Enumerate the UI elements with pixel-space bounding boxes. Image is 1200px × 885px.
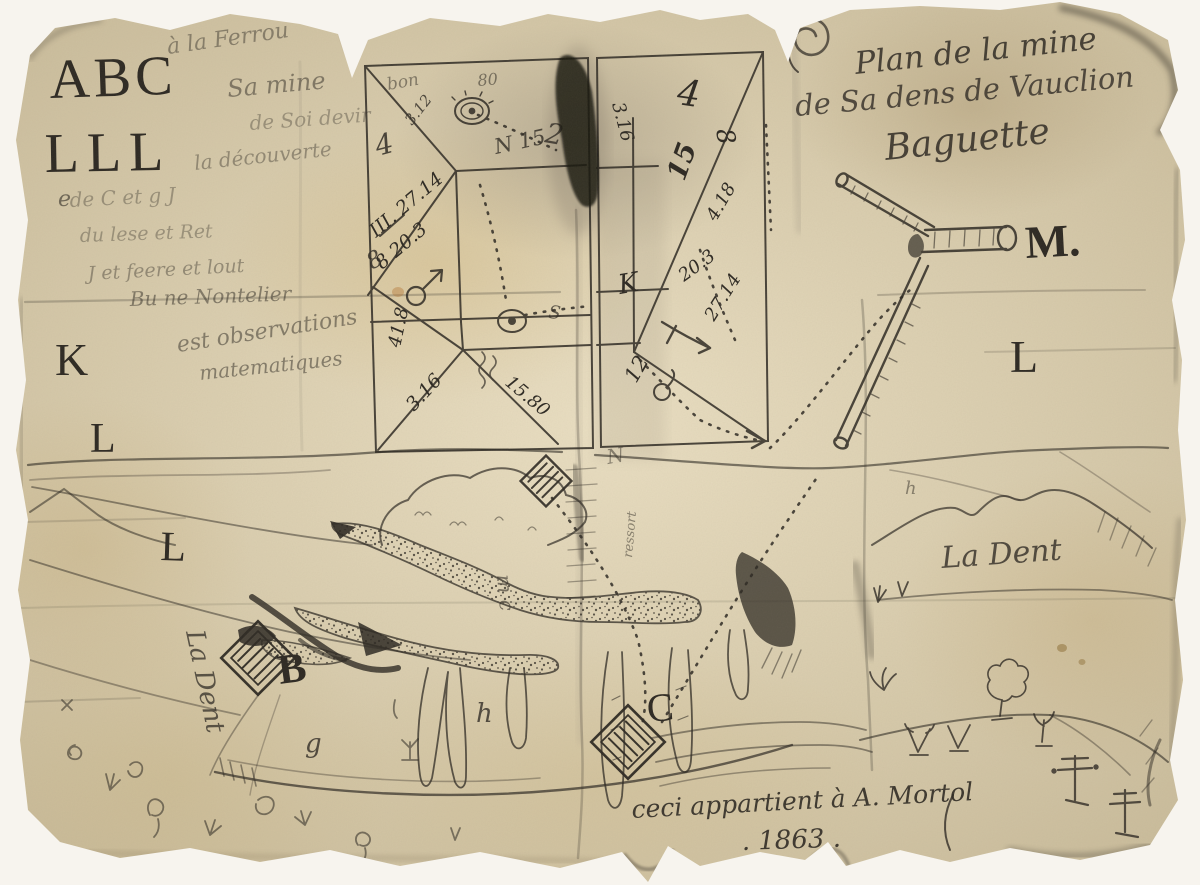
treasure-map-scan: ABC LLL e K L L L M. B C g h m c N h Pla… (0, 0, 1200, 885)
parchment-sheet: ABC LLL e K L L L M. B C g h m c N h Pla… (0, 0, 1200, 885)
map-drawing: ABC LLL e K L L L M. B C g h m c N h Pla… (0, 0, 1200, 885)
paper-grain (14, 0, 1190, 885)
